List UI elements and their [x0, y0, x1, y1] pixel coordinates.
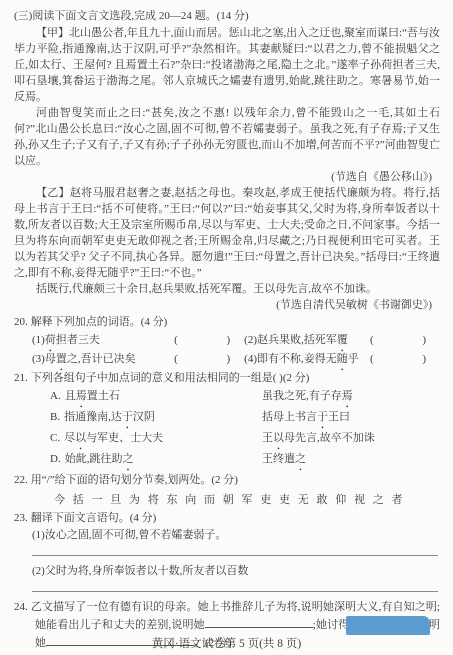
answer-parentheses: ()	[174, 332, 230, 348]
question-22-text: 用“/”给下面的语句划分节奏,划两处。(2 分)	[31, 474, 238, 486]
dotted-word: 之	[295, 451, 306, 467]
dotted-word: 以	[273, 430, 284, 446]
q20-item-3: (3)母置之,吾计已决矣 ()	[32, 351, 244, 367]
question-23-number: 23.	[14, 512, 28, 524]
exam-page: (三)阅读下面文言文选段,完成 20—24 题。(14 分) 【甲】北山愚公者,…	[0, 0, 453, 655]
q22-sentence: 今 括 一 旦 为 将 东 向 而 朝 军 吏 吏 无 敢 仰 视 之 者	[14, 491, 440, 509]
q21-option-a: A.且焉置土石 虽我之死,有子存焉	[50, 387, 440, 408]
question-23: 23.翻译下面文言语句。(4 分) (1)汝心之固,固不可彻,曾不若孀妻弱子。 …	[14, 510, 440, 592]
q21-option-b: B.指通豫南,达于汉阴 括母上书言于王曰	[50, 408, 440, 429]
answer-parentheses: ()	[370, 351, 426, 367]
redaction-box	[346, 616, 430, 635]
question-24-number: 24.	[14, 601, 28, 613]
dotted-word: 随	[337, 351, 348, 367]
dotted-word: 于	[122, 409, 133, 425]
passage-yi-paragraph-1: 【乙】赵将马服君赵奢之妻,赵括之母也。秦攻赵,孝成王使括代廉颇为将。将行,括母上…	[14, 185, 440, 281]
question-22: 22.用“/”给下面的语句划分节奏,划两处。(2 分) 今 括 一 旦 为 将 …	[14, 472, 440, 509]
q24-blank-1	[205, 616, 313, 628]
question-20-text: 解释下列加点的词语。(4 分)	[31, 316, 168, 328]
dotted-word: 于	[317, 409, 328, 425]
question-21-number: 21.	[14, 372, 28, 384]
question-21-text: 下列各组句子中加点词的意义和用法相同的一组是( )(2 分)	[31, 372, 310, 384]
q21-option-c: C.尽以与军吏、士大夫 王以母先言,故卒不加诛	[50, 429, 440, 450]
q20-item-1: (1)荷担者三夫 ()	[32, 332, 244, 348]
passage-jia-paragraph-1: 【甲】北山愚公者,年且九十,面山而居。惩山北之塞,出入之迂也,聚室而谋曰:“吾与…	[14, 25, 440, 105]
answer-parentheses: ()	[370, 332, 426, 348]
dotted-word: 焉	[342, 388, 353, 404]
question-20-number: 20.	[14, 316, 28, 328]
dotted-word: 焉	[76, 388, 87, 404]
passage-jia-paragraph-2: 河曲智叟笑而止之曰:“甚矣,汝之不惠! 以残年余力,曾不能毁山之一毛,其如土石何…	[14, 105, 440, 169]
q23-answer-line-2	[32, 580, 438, 592]
passage-yi-paragraph-2: 括既行,代廉颇三十余日,赵兵果败,括死军覆。王以母先言,故卒不加诛。	[14, 281, 440, 297]
passage-yi-citation: (节选自清代吴敏树《书谢御史》)	[14, 297, 440, 313]
q20-item-2: (2)赵兵果败,括死军覆 ()	[244, 332, 440, 348]
question-23-text: 翻译下面文言语句。(4 分)	[31, 512, 157, 524]
question-21: 21.下列各组句子中加点词的意义和用法相同的一组是( )(2 分) A.且焉置土…	[14, 370, 440, 471]
q23-item-2: (2)父时为将,身所奉饭者以十数,所友者以百数	[14, 563, 440, 580]
page-footer: 黄冈·语文试卷第 5 页(共 8 页)	[0, 636, 453, 652]
q23-item-1: (1)汝心之固,固不可彻,曾不若孀妻弱子。	[14, 527, 440, 544]
section-title: (三)阅读下面文言文选段,完成 20—24 题。(14 分)	[14, 8, 440, 25]
q20-item-4: (4)即有不称,妾得无随乎 ()	[244, 351, 440, 367]
dotted-word: 之	[122, 451, 133, 467]
dotted-word: 以	[75, 430, 86, 446]
question-22-number: 22.	[14, 474, 28, 486]
passage-jia-citation: (节选自《愚公移山》)	[14, 169, 440, 185]
dotted-word: 覆	[337, 332, 348, 348]
q23-answer-line-1	[32, 544, 438, 556]
answer-parentheses: ()	[174, 351, 230, 367]
dotted-word: 置	[56, 351, 67, 367]
dotted-word: 荷	[45, 332, 56, 348]
question-20: 20.解释下列加点的词语。(4 分) (1)荷担者三夫 () (2)赵兵果败,括…	[14, 314, 440, 369]
q21-option-d: D.始龀,跳往助之 王终遣之	[50, 450, 440, 471]
